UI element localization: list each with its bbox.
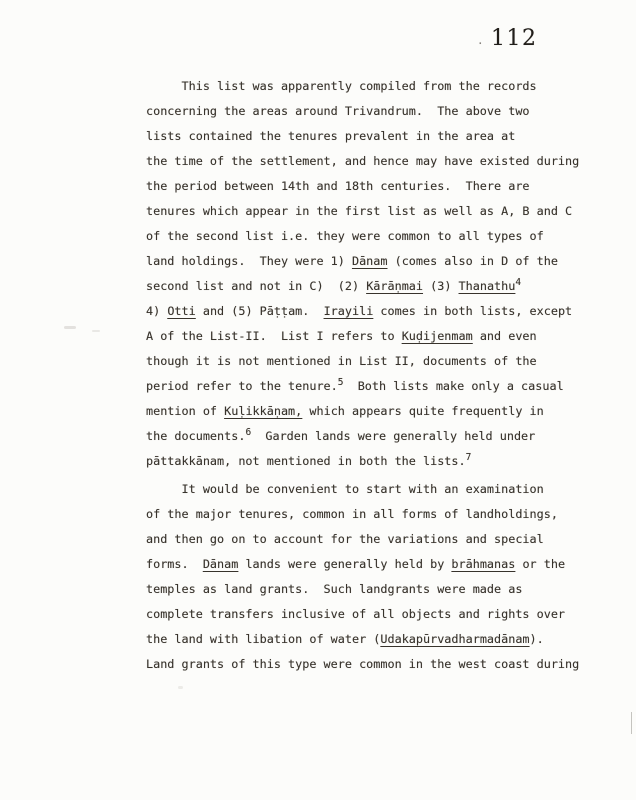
text-segment: lands were generally held by (238, 557, 451, 571)
text-line: period refer to the tenure.5 Both lists … (146, 374, 579, 399)
footnote-ref: 6 (245, 427, 251, 438)
text-segment: of the major tenures, common in all form… (146, 507, 558, 521)
scan-artifact-speck (178, 686, 183, 689)
text-segment: complete transfers inclusive of all obje… (146, 607, 565, 621)
text-segment: though it is not mentioned in List II, d… (146, 354, 537, 368)
text-segment: the land with libation of water ( (146, 632, 380, 646)
paragraph-1: This list was apparently compiled from t… (146, 74, 579, 474)
text-segment: the documents. (146, 429, 245, 443)
underlined-term: Thanathu (459, 279, 516, 293)
text-segment: A of the List-II. List I refers to (146, 329, 402, 343)
text-line: lists contained the tenures prevalent in… (146, 124, 579, 149)
text-segment: land holdings. They were 1) (146, 254, 352, 268)
text-segment: of the second list i.e. they were common… (146, 229, 544, 243)
text-segment: (3) (423, 279, 459, 293)
text-line: tenures which appear in the first list a… (146, 199, 579, 224)
underlined-term: brāhmanas (451, 557, 515, 571)
underlined-term: Kuḷikkāṇam, (224, 404, 302, 418)
scan-artifact-speck (64, 326, 76, 329)
text-segment: period refer to the tenure. (146, 379, 338, 393)
text-segment: tenures which appear in the first list a… (146, 204, 572, 218)
text-segment: the time of the settlement, and hence ma… (146, 154, 579, 168)
document-page: . 112 This list was apparently compiled … (0, 0, 636, 800)
text-segment: ). (530, 632, 544, 646)
text-segment: It would be convenient to start with an … (146, 482, 544, 496)
text-segment: (comes also in D of the (387, 254, 557, 268)
page-number: 112 (491, 26, 538, 51)
paragraph-2: It would be convenient to start with an … (146, 477, 579, 677)
text-line: 4) Otti and (5) Pāṭṭam. Irayili comes in… (146, 299, 579, 324)
text-segment: and then go on to account for the variat… (146, 532, 544, 546)
text-segment: lists contained the tenures prevalent in… (146, 129, 515, 143)
text-line: second list and not in C) (2) Kārāṇmai (… (146, 274, 579, 299)
text-line: complete transfers inclusive of all obje… (146, 602, 579, 627)
footnote-ref: 5 (338, 377, 344, 388)
text-line: of the major tenures, common in all form… (146, 502, 579, 527)
text-segment: which appears quite frequently in (302, 404, 543, 418)
text-line: the documents.6 Garden lands were genera… (146, 424, 579, 449)
text-line: temples as land grants. Such landgrants … (146, 577, 579, 602)
text-segment: or the (515, 557, 565, 571)
text-segment: Land grants of this type were common in … (146, 657, 579, 671)
text-line: Land grants of this type were common in … (146, 652, 579, 677)
text-segment: forms. (146, 557, 203, 571)
text-segment: and even (473, 329, 537, 343)
underlined-term: Dānam (203, 557, 239, 571)
text-line: though it is not mentioned in List II, d… (146, 349, 579, 374)
footnote-ref: 4 (515, 277, 521, 288)
text-line: the period between 14th and 18th centuri… (146, 174, 579, 199)
text-line: pāttakkānam, not mentioned in both the l… (146, 449, 579, 474)
text-segment: This list was apparently compiled from t… (146, 79, 537, 93)
underlined-term: Kuḍijenmam (402, 329, 473, 343)
text-line: concerning the areas around Trivandrum. … (146, 99, 579, 124)
underlined-term: Dānam (352, 254, 388, 268)
text-line: mention of Kuḷikkāṇam, which appears qui… (146, 399, 579, 424)
text-segment: and (5) Pāṭṭam. (196, 304, 324, 318)
text-segment: concerning the areas around Trivandrum. … (146, 104, 530, 118)
text-line: land holdings. They were 1) Dānam (comes… (146, 249, 579, 274)
text-line: It would be convenient to start with an … (146, 477, 579, 502)
text-segment: Garden lands were generally held under (251, 429, 535, 443)
footnote-ref: 7 (466, 452, 472, 463)
underlined-term: Kārāṇmai (366, 279, 423, 293)
underlined-term: Udakapūrvadharmadānam (380, 632, 529, 646)
text-segment: mention of (146, 404, 224, 418)
text-segment: comes in both lists, except (373, 304, 572, 318)
text-segment: second list and not in C) (2) (146, 279, 366, 293)
scan-artifact-edge-line (631, 712, 632, 734)
text-segment: pāttakkānam, not mentioned in both the l… (146, 454, 466, 468)
text-segment: temples as land grants. Such landgrants … (146, 582, 522, 596)
text-line: This list was apparently compiled from t… (146, 74, 579, 99)
text-line: of the second list i.e. they were common… (146, 224, 579, 249)
page-number-artifact-mark: . (477, 34, 484, 47)
text-segment: 4) (146, 304, 167, 318)
text-line: the time of the settlement, and hence ma… (146, 149, 579, 174)
text-line: A of the List-II. List I refers to Kuḍij… (146, 324, 579, 349)
text-line: and then go on to account for the variat… (146, 527, 579, 552)
text-line: forms. Dānam lands were generally held b… (146, 552, 579, 577)
underlined-term: Irayili (324, 304, 374, 318)
underlined-term: Otti (167, 304, 195, 318)
scan-artifact-speck (92, 330, 100, 332)
text-segment: Both lists make only a casual (344, 379, 564, 393)
text-segment: the period between 14th and 18th centuri… (146, 179, 530, 193)
text-line: the land with libation of water (Udakapū… (146, 627, 579, 652)
